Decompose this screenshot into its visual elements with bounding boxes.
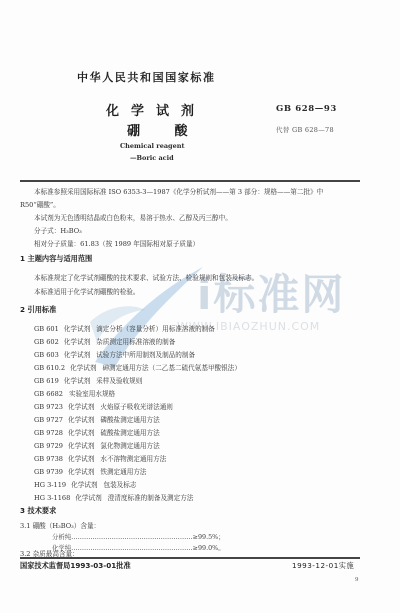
ref-category: 化学试剂: [75, 492, 101, 502]
reference-item: GB 610.2化学试剂砷测定通用方法（二乙基二硫代氨基甲酸银法）: [34, 362, 241, 372]
ref-category: 化学试剂: [64, 375, 90, 385]
ref-title: 氯化物测定通用方法: [100, 440, 159, 450]
english-subtitle: —Boric acid: [130, 154, 174, 162]
document-subtitle: 硼 酸: [127, 120, 188, 139]
ref-title: 火焰原子吸收光谱法通则: [100, 401, 173, 411]
page-number: 9: [355, 577, 359, 583]
ref-code: GB 9738: [34, 455, 63, 463]
section-1-line-2: 本标准适用于化学试剂硼酸的检验。: [34, 286, 140, 296]
ref-category: 化学试剂: [68, 401, 94, 411]
ref-title: 磷酸盐测定通用方法: [100, 414, 159, 424]
ref-code: GB 9739: [34, 468, 63, 476]
reference-item: HG 3-119化学试剂包装及标志: [34, 479, 136, 489]
ref-category: 化学试剂: [64, 349, 90, 359]
grade-name: 分析纯: [52, 533, 71, 541]
ref-category: 化学试剂: [64, 336, 90, 346]
reference-item: GB 9727化学试剂磷酸盐测定通用方法: [34, 414, 160, 424]
reference-item: GB 9723化学试剂火焰原子吸收光谱法通则: [34, 401, 173, 411]
national-standard-header: 中华人民共和国国家标准: [77, 69, 216, 85]
molecular-formula: 分子式：H₃BO₃: [34, 225, 82, 235]
formula-value: H₃BO₃: [60, 227, 81, 235]
reference-item: GB 602化学试剂杂质测定用标准溶液的制备: [34, 336, 175, 346]
ref-title: 硫酸盐测定通用方法: [100, 427, 159, 437]
ref-title: 杂质测定用标准溶液的制备: [96, 336, 175, 346]
ref-category: 化学试剂: [71, 479, 97, 489]
reference-item: GB 9739化学试剂铁测定通用方法: [34, 466, 147, 476]
document-title: 化学试剂: [106, 100, 206, 119]
grade-value: ≥99.0%。: [193, 544, 225, 552]
reference-item: GB 9728化学试剂硫酸盐测定通用方法: [34, 427, 160, 437]
reference-item: GB 601化学试剂滴定分析（容量分析）用标准溶液的制备: [34, 323, 215, 333]
ref-code: GB 602: [34, 338, 59, 346]
header-divider: [20, 180, 360, 182]
leader-dots: …………………………………………………: [71, 533, 192, 541]
standard-number: GB 628—93: [276, 104, 337, 114]
formula-label: 分子式：: [34, 227, 60, 235]
ref-category: 化学试剂: [68, 440, 94, 450]
section-2-heading: 2 引用标准: [20, 305, 56, 315]
ref-title: 砷测定通用方法（二乙基二硫代氨基甲酸银法）: [102, 362, 240, 372]
ref-category: 化学试剂: [64, 323, 90, 333]
section-1-heading: 1 主题内容与适用范围: [20, 254, 92, 264]
ref-category: 化学试剂: [70, 362, 96, 372]
watermark-logo-text: i标准网: [197, 262, 345, 322]
ref-code: GB 9729: [34, 442, 63, 450]
intro-para-1: 本标准参照采用国际标准 ISO 6353-3—1987《化学分析试剂——第 3 …: [34, 186, 323, 196]
reference-item: GB 603化学试剂试验方法中所用制剂及制品的制备: [34, 349, 195, 359]
ref-category: 化学试剂: [68, 453, 94, 463]
ref-category: 化学试剂: [68, 414, 94, 424]
footer-divider: [20, 557, 360, 559]
reference-item: GB 9729化学试剂氯化物测定通用方法: [34, 440, 160, 450]
reference-item: GB 6682实验室用水规格: [34, 388, 115, 398]
ref-code: GB 610.2: [34, 364, 65, 372]
ref-category: 化学试剂: [68, 466, 94, 476]
ref-code: HG 3-1168: [34, 494, 70, 502]
reference-item: HG 3-1168化学试剂澄清度标准的制备及测定方法: [34, 492, 193, 502]
ref-code: GB 9728: [34, 429, 63, 437]
ref-title: 铁测定通用方法: [100, 466, 146, 476]
grade-value: ≥99.5%；: [193, 533, 225, 541]
reference-item: GB 9738化学试剂水不溶物测定通用方法: [34, 453, 166, 463]
grade-row: 分析纯…………………………………………………≥99.5%；: [52, 532, 225, 541]
ref-title: 澄清度标准的制备及测定方法: [108, 492, 194, 502]
subtitle-char-2: 酸: [175, 120, 188, 139]
intro-para-2: 本试剂为无色透明结晶或白色粉末，易溶于热水、乙醇及丙三醇中。: [34, 212, 232, 222]
molecular-mass: 相对分子质量：61.83（按 1989 年国际相对原子质量）: [34, 238, 199, 248]
section-3-heading: 3 技术要求: [20, 506, 56, 516]
approval-info: 国家技术监督局1993-03-01批准: [20, 561, 131, 571]
ref-title: 包装及标志: [104, 479, 137, 489]
intro-para-1-cont: R50“硼酸”。: [20, 199, 60, 209]
english-title: Chemical reagent: [120, 142, 184, 150]
ref-code: GB 9723: [34, 403, 63, 411]
effective-date: 1993-12-01实施: [292, 561, 354, 571]
ref-code: GB 603: [34, 351, 59, 359]
ref-title: 试验方法中所用制剂及制品的制备: [96, 349, 195, 359]
ref-code: GB 619: [34, 377, 59, 385]
ref-code: GB 6682: [34, 390, 63, 398]
ref-code: HG 3-119: [34, 481, 66, 489]
ref-category: 化学试剂: [68, 427, 94, 437]
ref-title: 实验室用水规格: [69, 388, 115, 398]
subtitle-char-1: 硼: [127, 120, 140, 139]
reference-item: GB 619化学试剂采样及验收规则: [34, 375, 142, 385]
ref-title: 滴定分析（容量分析）用标准溶液的制备: [96, 323, 215, 333]
ref-code: GB 9727: [34, 416, 63, 424]
section-1-line-1: 本标准规定了化学试剂硼酸的技术要求、试验方法、检验规则和包装及标志。: [34, 272, 258, 282]
replaces-standard: 代替 GB 628—78: [276, 125, 334, 134]
item-3-1: 3.1 硼酸（H₃BO₃）含量：: [20, 520, 100, 530]
ref-title: 水不溶物测定通用方法: [100, 453, 166, 463]
ref-title: 采样及验收规则: [96, 375, 142, 385]
leader-dots: …………………………………………………: [71, 544, 192, 552]
ref-code: GB 601: [34, 325, 59, 333]
